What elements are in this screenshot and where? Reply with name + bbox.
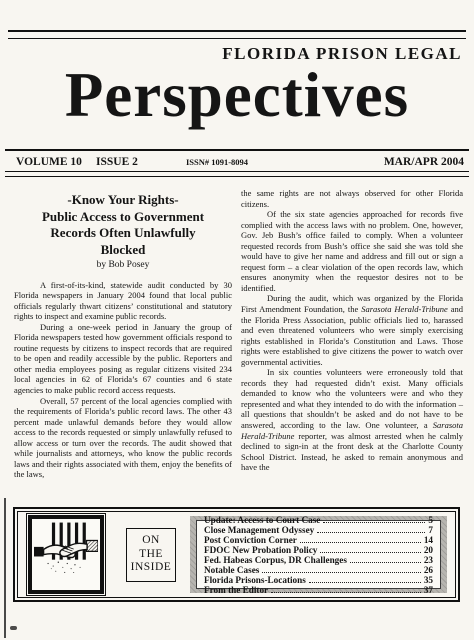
on-the-inside-line-2: THE (139, 548, 163, 562)
headline-line-1: -Know Your Rights- (14, 192, 232, 209)
newsletter-page: FLORIDA PRISON LEGAL Perspectives VOLUME… (0, 0, 474, 640)
toc-item: Close Management Odyssey7 (204, 525, 433, 535)
article-paragraph: A first-of-its-kind, statewide audit con… (14, 280, 232, 322)
toc-item: Notable Cases26 (204, 565, 433, 575)
top-double-rule (8, 30, 466, 39)
article-paragraph: the same rights are not always observed … (241, 188, 463, 209)
toc-item: Florida Prisons-Locations35 (204, 575, 433, 585)
article-byline: by Bob Posey (14, 260, 232, 271)
toc-item: From the Editor37 (204, 585, 433, 595)
on-the-inside-line-3: INSIDE (131, 561, 172, 575)
bottom-double-rule (5, 171, 469, 177)
issue-date-label: MAR/APR 2004 (384, 156, 464, 168)
handshake-illustration-frame-inner (28, 515, 104, 594)
on-the-inside-label: ON THE INSIDE (126, 528, 176, 582)
table-of-contents-panel: Update: Access to Court Case5Close Manag… (190, 516, 447, 593)
article-paragraph: In six counties volunteers were erroneou… (241, 367, 463, 472)
toc-item: Post Conviction Corner14 (204, 535, 433, 545)
on-the-inside-line-1: ON (142, 534, 160, 548)
issn-label: ISSN# 1091-8094 (0, 157, 434, 167)
issue-info-row: VOLUME 10 ISSUE 2 ISSN# 1091-8094 MAR/AP… (0, 152, 474, 169)
article-body-left: A first-of-its-kind, statewide audit con… (14, 280, 232, 480)
headline-line-3: Records Often Unlawfully (14, 225, 232, 242)
article-paragraph: Overall, 57 percent of the local agencie… (14, 396, 232, 480)
toc-item: Update: Access to Court Case5 (204, 515, 433, 525)
headline-line-4: Blocked (14, 242, 232, 259)
headline-line-2: Public Access to Government (14, 209, 232, 226)
scan-artifact-mark (10, 626, 17, 630)
masthead-title: Perspectives (0, 64, 474, 127)
article-headline: -Know Your Rights- Public Access to Gove… (14, 192, 232, 258)
on-the-inside-inner: ON THE INSIDE Update: Access to Court Ca… (17, 511, 456, 598)
handshake-through-bars-icon (34, 521, 98, 583)
table-of-contents: Update: Access to Court Case5Close Manag… (196, 520, 441, 589)
on-the-inside-box: ON THE INSIDE Update: Access to Court Ca… (13, 507, 460, 602)
article-paragraph: Of the six state agencies approached for… (241, 209, 463, 293)
article-paragraph: During the audit, which was organized by… (241, 293, 463, 367)
handshake-illustration-frame (26, 513, 106, 596)
scan-artifact-line (4, 498, 6, 638)
article-column-left: -Know Your Rights- Public Access to Gove… (14, 188, 232, 480)
toc-item: Fed. Habeas Corpus, DR Challenges23 (204, 555, 433, 565)
toc-item: FDOC New Probation Policy20 (204, 545, 433, 555)
article-column-right: the same rights are not always observed … (241, 188, 463, 480)
article-paragraph: During a one-week period in January the … (14, 322, 232, 396)
masthead-rule (5, 149, 469, 151)
article: -Know Your Rights- Public Access to Gove… (14, 188, 463, 480)
